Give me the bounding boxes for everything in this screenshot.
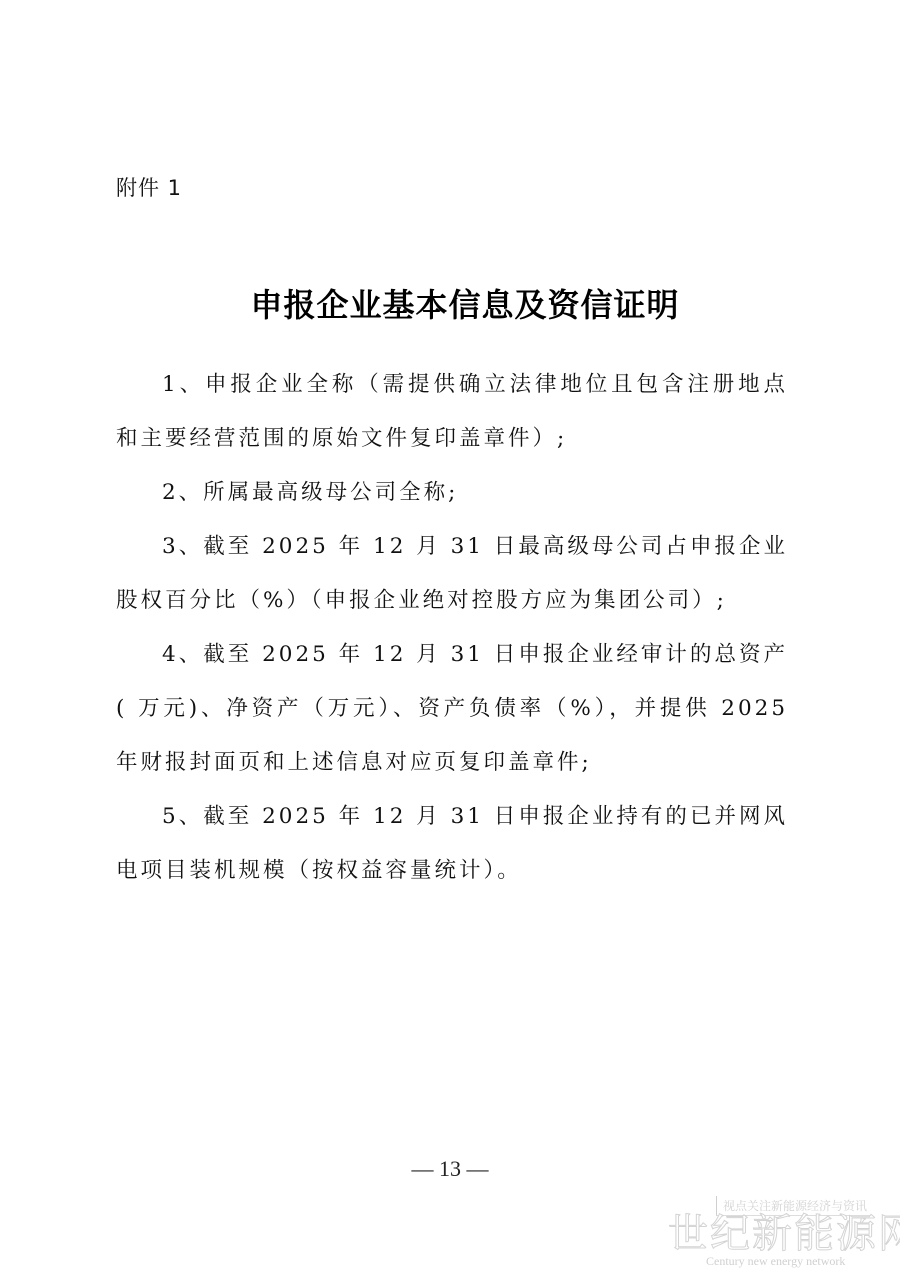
list-item-3: 3、截至 2025 年 12 月 31 日最高级母公司占申报企业股权百分比（%）… [116,520,788,628]
list-item-2: 2、所属最高级母公司全称; [116,466,788,520]
list-item-1: 1、申报企业全称（需提供确立法律地位且包含注册地点和主要经营范围的原始文件复印盖… [116,358,788,466]
attachment-label: 附件 1 [116,172,182,202]
list-item-5: 5、截至 2025 年 12 月 31 日申报企业持有的已并网风电项目装机规模（… [116,790,788,898]
list-item-4: 4、截至 2025 年 12 月 31 日申报企业经审计的总资产( 万元)、净资… [116,628,788,790]
document-title: 申报企业基本信息及资信证明 [0,280,900,326]
watermark-brand-en: Century new energy network [706,1254,845,1269]
page-number: — 13 — [0,1156,900,1182]
watermark-brand: 世纪新能源网 [668,1212,900,1256]
watermark-logo: 视点关注新能源经济与资讯 世纪新能源网 Century new energy n… [606,1196,900,1272]
document-body: 1、申报企业全称（需提供确立法律地位且包含注册地点和主要经营范围的原始文件复印盖… [116,358,788,898]
